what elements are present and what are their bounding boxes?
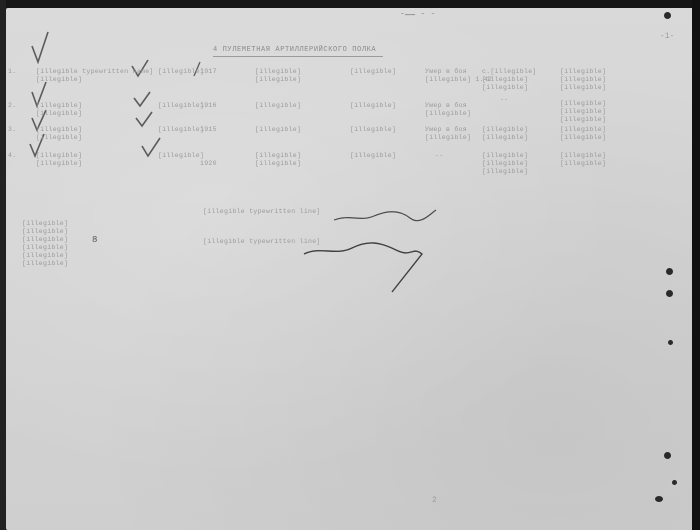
row-rank: [illegible] (158, 68, 204, 76)
binding-hole (655, 496, 663, 502)
row-status: [illegible] (350, 152, 396, 160)
left-note-line: [illegible] (22, 252, 68, 260)
row-name: [illegible] (36, 126, 82, 134)
row-birthplace: [illegible] (255, 102, 301, 110)
row-burial: [illegible] (482, 152, 528, 160)
row-status: [illegible] (350, 126, 396, 134)
row-burial-line2: [illegible] (482, 160, 528, 168)
row-name: [illegible] (36, 152, 82, 160)
left-note-line: [illegible] (22, 244, 68, 252)
top-stamp-mark: ⁻—— ⁻ ⁻ (400, 12, 436, 20)
row-relatives-line2: [illegible] (560, 134, 606, 142)
row-relatives-line3: [illegible] (560, 84, 606, 92)
row-burial: [illegible] (482, 126, 528, 134)
row-death: -- (435, 152, 443, 160)
row-birthplace: [illegible] (255, 126, 301, 134)
binding-hole (666, 268, 673, 275)
row-relatives-line3: [illegible] (560, 116, 606, 124)
row-burial-line2: [illegible] (482, 76, 528, 84)
footer-line-1: [illegible typewritten line] (203, 208, 321, 216)
row-name-line2: [illegible] (36, 110, 82, 118)
left-note-line: [illegible] (22, 236, 68, 244)
row-rank: [illegible] (158, 102, 204, 110)
row-name-line2: [illegible] (36, 134, 82, 142)
row-relatives: [illegible] (560, 100, 606, 108)
signature-1 (330, 204, 440, 231)
row-death-date: [illegible] (425, 134, 471, 142)
row-rank: [illegible] (158, 152, 204, 160)
page-marker-bottom: 2 (432, 496, 437, 505)
row-burial-line3: [illegible] (482, 168, 528, 176)
row-name: [illegible] (36, 102, 82, 110)
row-death-date: [illegible] (425, 110, 471, 118)
row-name-line2: [illegible] (36, 160, 82, 168)
row-year: 1915 (200, 126, 217, 134)
row-year: 1917 (200, 68, 217, 76)
row-status: [illegible] (350, 102, 396, 110)
binding-hole (672, 480, 677, 485)
scan-border-right (692, 0, 700, 530)
binding-hole (664, 12, 671, 19)
row-status: [illegible] (350, 68, 396, 76)
row-birthplace: [illegible] (255, 152, 301, 160)
row-relatives-line2: [illegible] (560, 160, 606, 168)
row-birthplace-line2: [illegible] (255, 160, 301, 168)
row-relatives: [illegible] (560, 152, 606, 160)
row-birthplace-line2: [illegible] (255, 76, 301, 84)
row-number: 4. (8, 152, 16, 160)
row-burial: -- (500, 96, 508, 104)
signature-2 (300, 236, 430, 301)
row-death: Умер в боя (425, 102, 467, 110)
left-note-line: [illegible] (22, 260, 68, 268)
checkmark-icon (134, 110, 154, 128)
row-number: 3. (8, 126, 16, 134)
left-note-line: [illegible] (22, 220, 68, 228)
row-burial: с.[illegible] (482, 68, 537, 76)
row-relatives: [illegible] (560, 126, 606, 134)
left-note-line: [illegible] (22, 228, 68, 236)
heading-underline (213, 56, 383, 57)
binding-hole (664, 452, 671, 459)
row-relatives: [illegible] (560, 68, 606, 76)
row-death: Умер в боя (425, 126, 467, 134)
left-note-mark: 8 (92, 236, 98, 244)
row-relatives-line2: [illegible] (560, 108, 606, 116)
document-heading: 4 ПУЛЕМЕТНАЯ АРТИЛЛЕРИЙСКОГО ПОЛКА (213, 46, 376, 54)
binding-hole (666, 290, 673, 297)
row-year: 1920 (200, 160, 217, 168)
row-burial-line3: [illegible] (482, 84, 528, 92)
row-death: Умер в боя (425, 68, 467, 76)
row-year: 1916 (200, 102, 217, 110)
row-birthplace: [illegible] (255, 68, 301, 76)
row-number: 1. (8, 68, 16, 76)
row-name: [illegible typewritten name] (36, 68, 154, 76)
row-name-line2: [illegible] (36, 76, 82, 84)
page-marker-top: -1- (660, 32, 674, 41)
binding-hole (668, 340, 673, 345)
row-number: 2. (8, 102, 16, 110)
row-relatives-line2: [illegible] (560, 76, 606, 84)
checkmark-icon (30, 30, 50, 64)
row-burial-line2: [illegible] (482, 134, 528, 142)
checkmark-icon (132, 90, 152, 108)
row-rank: [illegible] (158, 126, 204, 134)
